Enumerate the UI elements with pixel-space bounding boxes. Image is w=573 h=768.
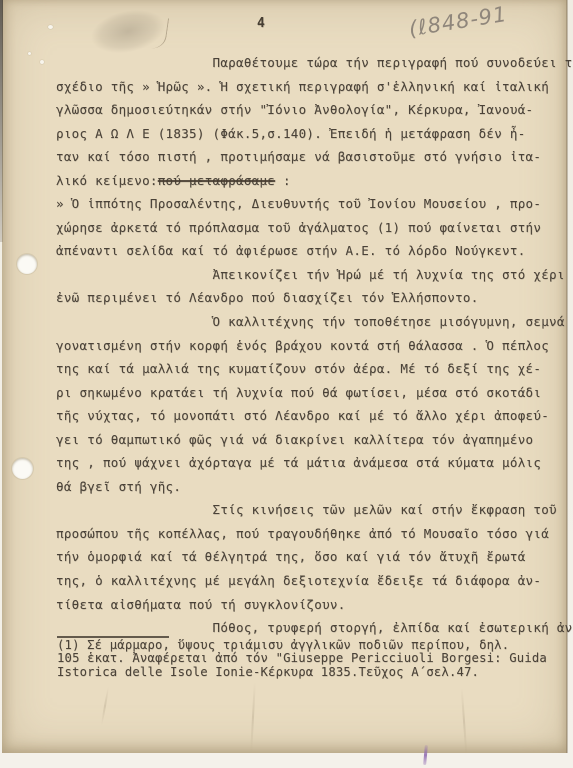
typed-line: τίθετα αἰσθήματα πού τή συγκλονίζουν.: [56, 593, 561, 617]
typed-line: τῆς νύχτας, τό μονοπάτι στό Λέανδρο καί …: [56, 404, 561, 428]
scanned-document-page: 4 (ℓ848-91 Παραθέτουμε τώρα τήν περιγραφ…: [0, 0, 573, 768]
paper-damage-speck: [28, 52, 31, 55]
footnote-line: Istorica delle Isole Ionie-Κέρκυρα 1835.…: [57, 666, 562, 679]
typed-line: ἐνῶ περιμένει τό Λέανδρο πού διασχίζει τ…: [56, 286, 561, 310]
typed-line: χώρησε ἀρκετά τό πρόπλασμα τοῦ ἀγάλματος…: [56, 216, 561, 240]
typed-line: προσώπου τῆς κοπέλλας, πού τραγουδήθηκε …: [56, 522, 561, 546]
purple-ink-mark: [423, 745, 428, 765]
typed-line: Παραθέτουμε τώρα τήν περιγραφή πού συνοδ…: [56, 51, 561, 75]
hole-punch-top: [17, 254, 37, 274]
typed-line: της , πού ψάχνει ἀχόρταγα μέ τά μάτια ἀν…: [56, 451, 561, 475]
typed-line: γονατισμένη στήν κορφή ἑνός βράχου κοντά…: [56, 334, 561, 358]
typed-line: σχέδιο τῆς » Ἡρῶς ». Ἡ σχετική περιγραφή…: [56, 75, 561, 99]
typed-line: γλῶσσα δημοσιεύτηκάν στήν "Ἰόνιο Ἀνθολογ…: [56, 98, 561, 122]
paper-damage-speck: [48, 25, 53, 29]
struck-out-text: πού μεταφράσαμε: [158, 173, 275, 188]
footnote-line: (1) Σέ μάρμαρο, ὕψους τριάμισυ ἀγγλικῶν …: [57, 639, 562, 652]
typewritten-body: Παραθέτουμε τώρα τήν περιγραφή πού συνοδ…: [56, 51, 561, 640]
typed-line: ρι σηκωμένο κρατάει τή λυχνία πού θά φωτ…: [56, 381, 561, 405]
page-number: 4: [257, 16, 265, 31]
strike-pre-text: λικό κείμενο:: [56, 173, 158, 188]
footnote-block: (1) Σέ μάρμαρο, ὕψους τριάμισυ ἀγγλικῶν …: [57, 639, 562, 679]
typed-line: ἀπέναντι σελίδα καί τό ἀφιέρωσε στήν Α.Ε…: [56, 239, 561, 263]
typed-line: Στίς κινήσεις τῶν μελῶν καί στήν ἔκφραση…: [56, 498, 561, 522]
typed-line: της καί τά μαλλιά της κυματίζουν στόν ἀέ…: [56, 357, 561, 381]
typed-line: Ὁ καλλιτέχνης τήν τοποθέτησε μισόγυμνη, …: [56, 310, 561, 334]
strike-post-text: :: [275, 173, 291, 188]
typed-line: » Ὁ ἱππότης Προσαλέντης, Διευθυντής τοῦ …: [56, 192, 561, 216]
typed-line: της, ὁ καλλιτέχνης μέ μεγάλη δεξιοτεχνία…: [56, 569, 561, 593]
footnote-line: 105 ἑκατ. Ἀναφέρεται ἀπό τόν "Giuseppe P…: [57, 652, 562, 665]
typed-line: Ἀπεικονίζει τήν Ἡρώ μέ τή λυχνία της στό…: [56, 263, 561, 287]
typed-line: γει τό θαμπωτικό φῶς γιά νά διακρίνει κα…: [56, 428, 561, 452]
typed-line: θά βγεῖ στή γῆς.: [56, 475, 561, 499]
typed-line-with-strikethrough: λικό κείμενο:πού μεταφράσαμε :: [56, 169, 561, 193]
typed-line: τήν ὁμορφιά καί τά θέλγητρά της, ὅσο καί…: [56, 545, 561, 569]
left-edge-shadow: [0, 0, 3, 242]
paper-damage-speck: [40, 60, 44, 64]
typed-line: ταν καί τόσο πιστή , προτιμήσαμε νά βασι…: [56, 145, 561, 169]
right-edge-line: [566, 0, 568, 753]
typed-line: ριος Α Ω Λ Ε (1835) (Φάκ.5,σ.140). Ἐπειδ…: [56, 122, 561, 146]
hole-punch-bottom: [12, 458, 33, 479]
